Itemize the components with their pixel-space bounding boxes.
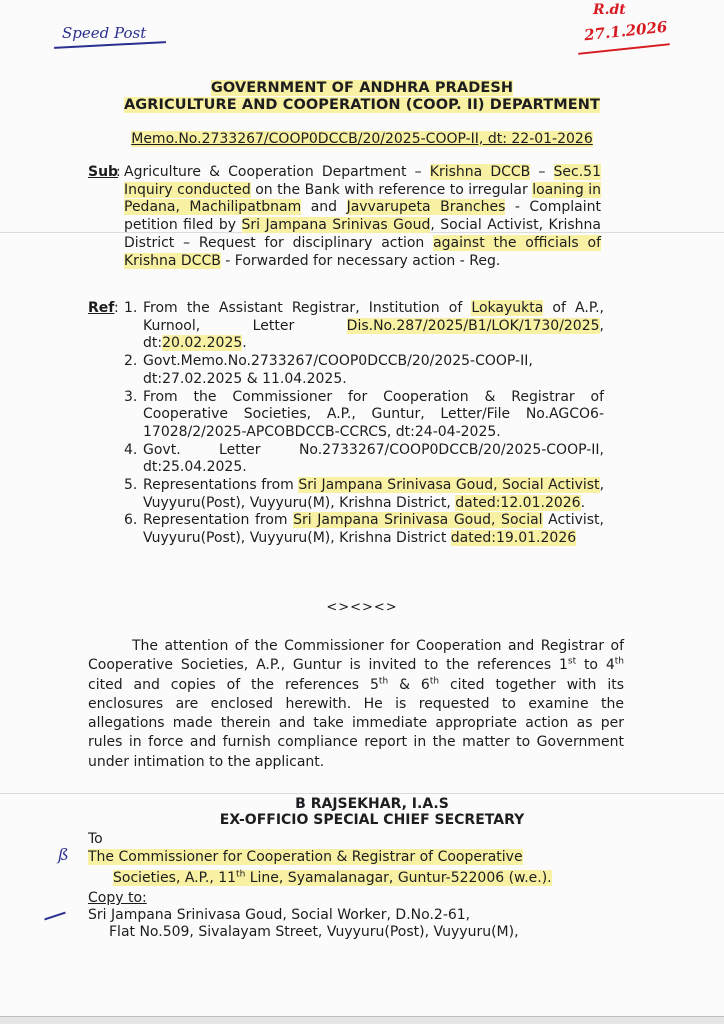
copy-recipient-line-1: Sri Jampana Srinivasa Goud, Social Worke… (88, 907, 470, 923)
text: Govt. Letter No.2733267/COOP0DCCB/20/202… (143, 442, 604, 476)
memo-number: Memo.No.2733267/COOP0DCCB/20/2025-COOP-I… (0, 131, 724, 147)
speed-post-underline (54, 41, 166, 49)
speed-post-annotation: Speed Post (62, 24, 146, 42)
text: and (301, 199, 346, 215)
reference-item: 4.Govt. Letter No.2733267/COOP0DCCB/20/2… (124, 442, 604, 477)
received-date-annotation: 27.1.2026 (583, 18, 668, 45)
superscript: th (430, 676, 439, 686)
to-label: To (88, 831, 103, 847)
text: Govt.Memo.No.2733267/COOP0DCCB/20/2025-C… (143, 353, 533, 387)
body-text: to 4 (576, 657, 615, 673)
header-department: AGRICULTURE AND COOPERATION (COOP. II) D… (0, 97, 724, 113)
copy-recipient-line-2: Flat No.509, Sivalayam Street, Vuyyuru(P… (109, 924, 519, 940)
addressee-line-2-text: Societies, A.P., 11 (113, 870, 236, 886)
text: From the Assistant Registrar, Institutio… (143, 300, 471, 316)
text: Agriculture & Cooperation Department – (124, 164, 430, 180)
body-text: & 6 (388, 677, 430, 693)
received-date-underline (578, 43, 670, 55)
body-text: The attention of the Commissioner for Co… (88, 638, 624, 673)
reference-label: Ref (88, 300, 114, 316)
highlighted-text: Sri Jampana Srinivasa Goud, Social (293, 512, 542, 528)
addressee-line-2-text: Line, Syamalanagar, Guntur-522006 (w.e.)… (245, 870, 551, 886)
body-text: cited and copies of the references 5 (88, 677, 379, 693)
addressee-line-1-text: The Commissioner for Cooperation & Regis… (88, 849, 523, 865)
highlighted-text: Dis.No.287/2025/B1/LOK/1730/2025 (347, 318, 600, 334)
body-paragraph: The attention of the Commissioner for Co… (88, 637, 624, 772)
addressee-line-1: The Commissioner for Cooperation & Regis… (88, 849, 523, 865)
reference-list: 1.From the Assistant Registrar, Institut… (124, 300, 604, 548)
highlighted-text: 20.02.2025 (162, 335, 242, 351)
text: - Forwarded for necessary action - Reg. (221, 253, 500, 269)
reference-item: 3.From the Commissioner for Cooperation … (124, 389, 604, 442)
reference-item: 1.From the Assistant Registrar, Institut… (124, 300, 604, 353)
received-initial-annotation: R.dt (593, 2, 626, 18)
reference-number: 1. (124, 300, 137, 318)
reference-number: 6. (124, 512, 137, 530)
copy-to-label: Copy to: (88, 890, 147, 906)
highlighted-text: Krishna DCCB (430, 164, 531, 180)
section-separator: <><><> (0, 600, 724, 615)
text: Representations from (143, 477, 298, 493)
document-page: Speed Post R.dt 27.1.2026 GOVERNMENT OF … (0, 0, 724, 1016)
reference-colon: : (114, 300, 119, 316)
addressee-line-2: Societies, A.P., 11th Line, Syamalanagar… (113, 870, 552, 886)
highlighted-text: dated:12.01.2026 (455, 495, 580, 511)
highlighted-text: Javvarupeta Branches (347, 199, 506, 215)
text: Representation from (143, 512, 293, 528)
text: From the Commissioner for Cooperation & … (143, 389, 604, 440)
subject-colon: : (116, 164, 121, 180)
superscript: th (236, 869, 245, 879)
text: on the Bank with reference to irregular (251, 182, 532, 198)
superscript: th (379, 676, 388, 686)
text: – (530, 164, 553, 180)
header-department-text: AGRICULTURE AND COOPERATION (COOP. II) D… (124, 97, 600, 113)
memo-number-text: Memo.No.2733267/COOP0DCCB/20/2025-COOP-I… (131, 131, 593, 147)
reference-number: 5. (124, 477, 137, 495)
scan-edge (0, 1016, 724, 1024)
highlighted-text: Sri Jampana Srinivas Goud (242, 217, 431, 233)
header-government-text: GOVERNMENT OF ANDHRA PRADESH (211, 80, 513, 96)
text: . (242, 335, 246, 351)
highlighted-text: Sri Jampana Srinivasa Goud, Social Activ… (298, 477, 599, 493)
header-government: GOVERNMENT OF ANDHRA PRADESH (0, 80, 724, 96)
signatory-title: EX-OFFICIO SPECIAL CHIEF SECRETARY (0, 812, 724, 828)
reference-item: 2.Govt.Memo.No.2733267/COOP0DCCB/20/2025… (124, 353, 604, 388)
subject-text: Agriculture & Cooperation Department – K… (124, 164, 601, 270)
handwritten-tick-icon: ß (58, 845, 69, 864)
highlighted-text: Lokayukta (471, 300, 543, 316)
reference-number: 4. (124, 442, 137, 460)
superscript: st (568, 657, 576, 667)
reference-number: 2. (124, 353, 137, 371)
text: . (581, 495, 585, 511)
reference-number: 3. (124, 389, 137, 407)
reference-item: 5.Representations from Sri Jampana Srini… (124, 477, 604, 512)
signatory-name: B RAJSEKHAR, I.A.S (0, 796, 724, 812)
fold-line (0, 793, 724, 794)
reference-item: 6.Representation from Sri Jampana Sriniv… (124, 512, 604, 547)
subject-label: Sub (88, 164, 118, 180)
superscript: th (615, 657, 624, 667)
highlighted-text: dated:19.01.2026 (451, 530, 576, 546)
handwritten-dash-icon (44, 912, 66, 921)
